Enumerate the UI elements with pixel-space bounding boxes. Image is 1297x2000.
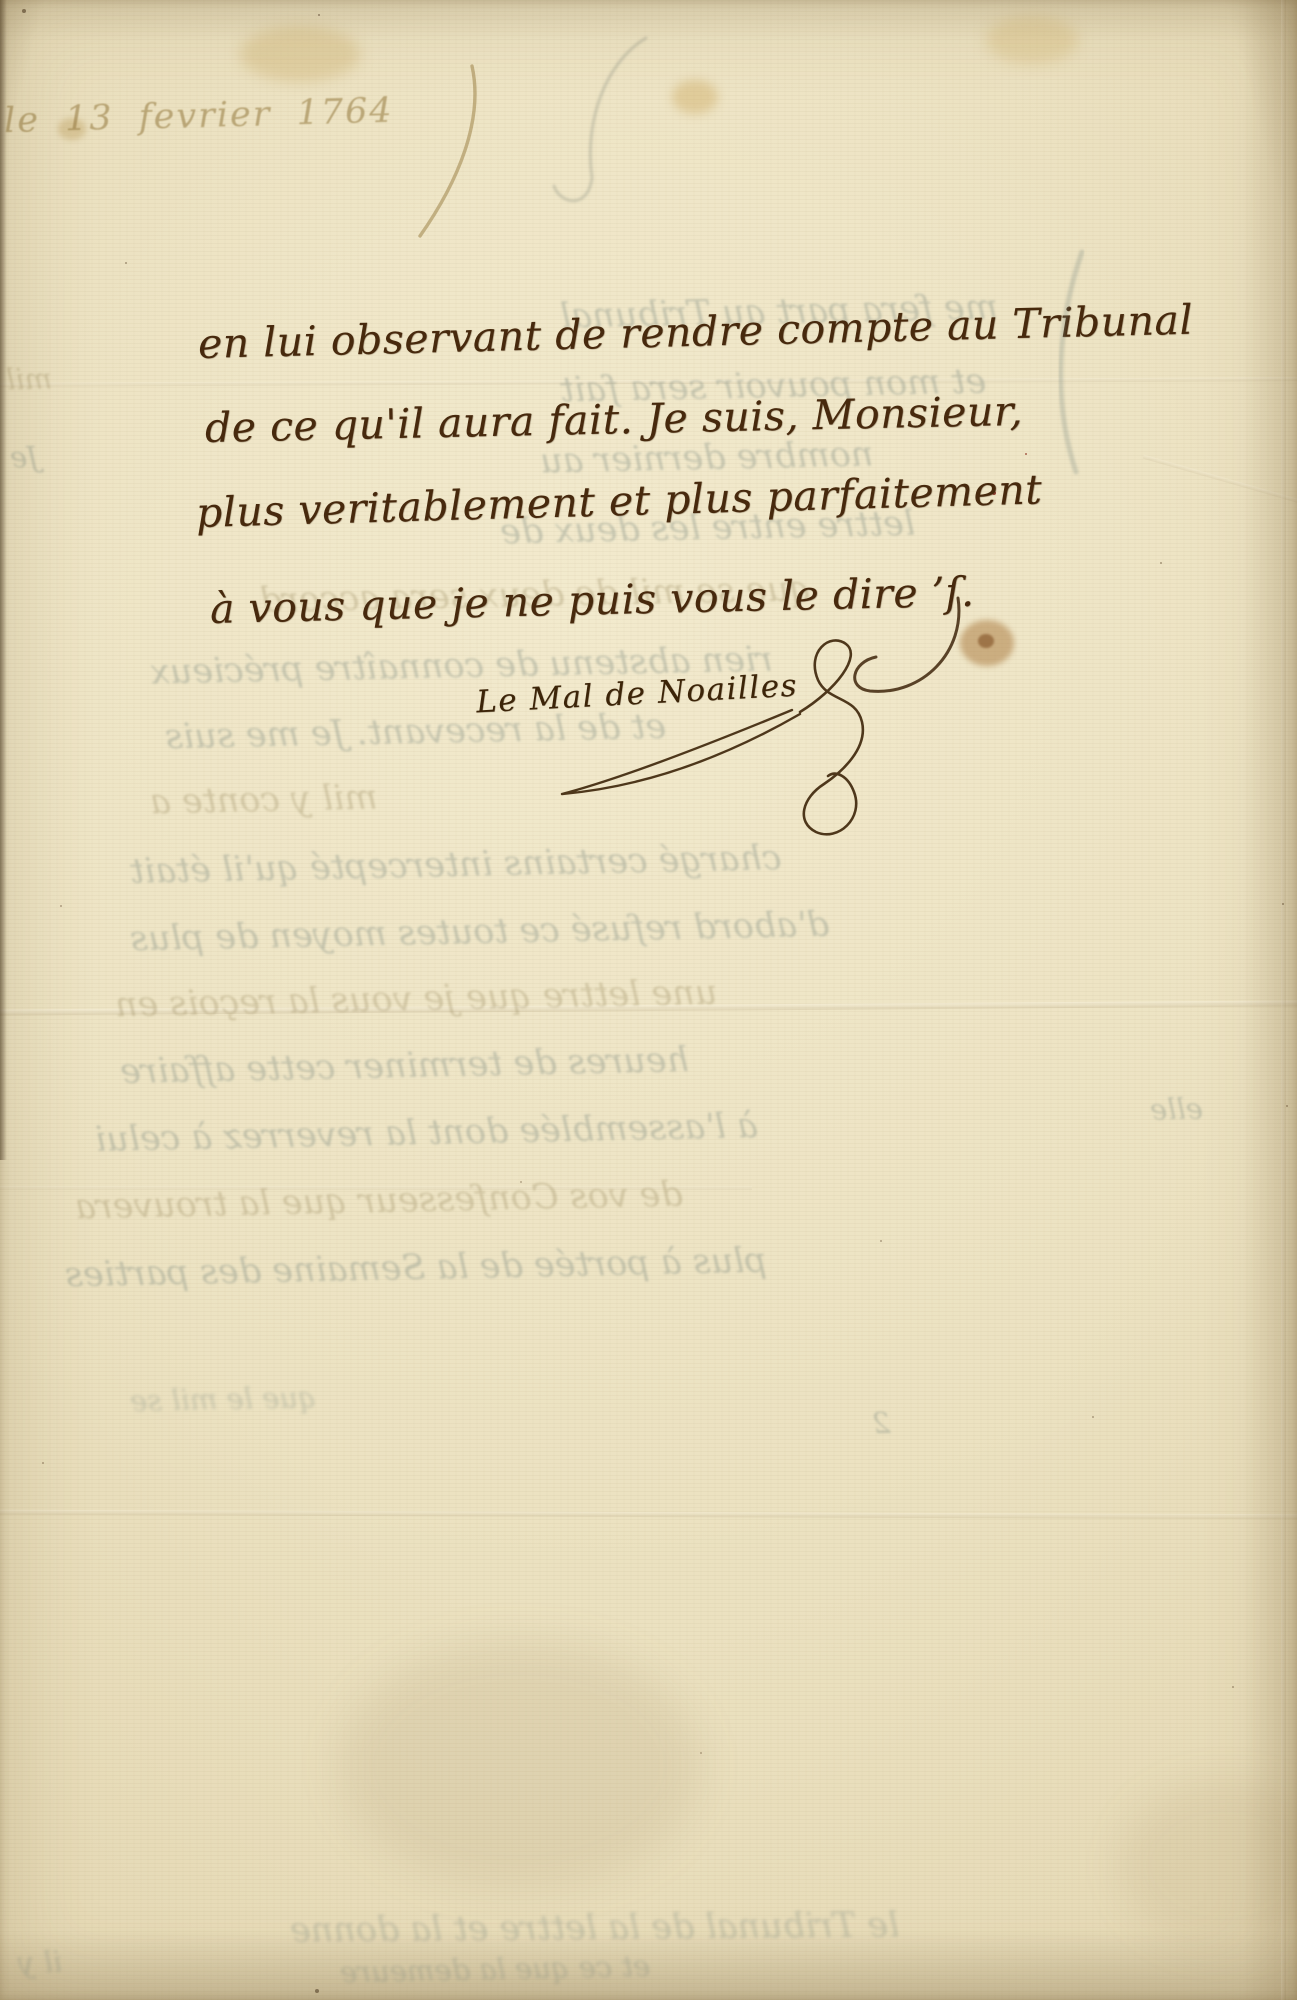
bleedthrough-line: mil y conte a	[150, 778, 378, 823]
page-edge-shadow	[0, 0, 7, 1160]
stain	[986, 16, 1078, 64]
signature-paraph	[800, 640, 863, 834]
dateline-flourish	[420, 66, 475, 236]
bleedthrough-line: elle	[1150, 1091, 1204, 1126]
page-edge-shadow	[1242, 0, 1297, 2000]
faint-dateline: le 13 fevrier 1764	[4, 91, 395, 141]
stain	[672, 80, 718, 114]
stain	[240, 26, 360, 82]
bleedthrough-line: une lettre que je vous la reçois en	[115, 973, 718, 1026]
ghost-flourish	[554, 38, 646, 201]
handwriting-line: à vous que je ne puis vous le dire ’ſ.	[209, 568, 974, 633]
bleedthrough-line: plus à portée de la Semaine des parties	[65, 1241, 768, 1296]
bleedthrough-line: Je	[10, 440, 40, 475]
letter-page: le 13 fevrier 1764 me fera part au Tribu…	[0, 0, 1297, 2000]
ghost-flourish	[1061, 252, 1082, 472]
bleedthrough-line: il y	[18, 1945, 63, 1980]
fold-crease	[0, 1510, 1297, 1520]
handwriting-line: de ce qu'il aura fait. Je suis, Monsieur…	[204, 387, 1023, 452]
bleedthrough-line: mil	[6, 362, 53, 397]
bleedthrough-line: heures de terminer cette affaire	[120, 1040, 690, 1092]
bleedthrough-line: à l'assemblée dont la reverrez à celui	[95, 1106, 759, 1160]
bleedthrough-line: chargé certains intercepté qu'il était	[130, 838, 782, 892]
bleedthrough-line: et ce que la demeure	[340, 1949, 651, 1989]
stain	[978, 634, 994, 648]
stain	[960, 620, 1014, 666]
bleedthrough-line: de vos Confesseur que la trouvera	[75, 1175, 683, 1228]
bleedthrough-line: 2	[872, 1406, 891, 1440]
stain	[340, 1640, 700, 1890]
bleedthrough-line: que le mil se	[130, 1380, 317, 1418]
bleedthrough-line: d'abord refusé ce toutes moyen de plus	[130, 905, 830, 960]
bleedthrough-line: le Tribunal de la lettre et la donne	[290, 1905, 900, 1950]
